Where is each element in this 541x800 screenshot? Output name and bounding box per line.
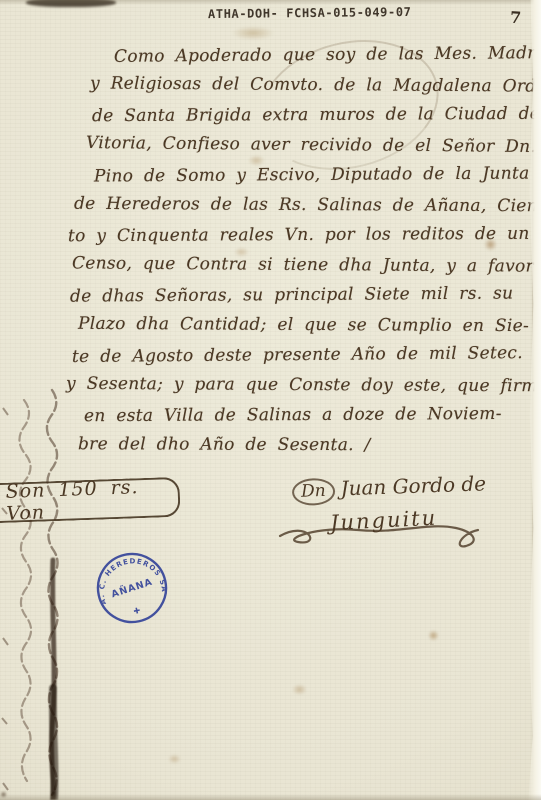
signature-block: DnJuan Gordo de Junguitu <box>292 474 527 530</box>
manuscript-page: ATHA-DOH- FCHSA-015-049-07 7 Como Apoder… <box>0 0 541 800</box>
manuscript-line: Pino de Somo y Escivo, Diputado de la Ju… <box>94 158 534 191</box>
signature-flourish <box>278 512 508 552</box>
manuscript-line: en esta Villa de Salinas a doze de Novie… <box>84 399 534 431</box>
stamp-cross-icon: ✚ <box>133 606 142 616</box>
stain <box>168 754 181 764</box>
archive-reference: ATHA-DOH- FCHSA-015-049-07 <box>208 5 412 21</box>
stain <box>428 630 439 641</box>
manuscript-lines: Como Apoderado que soy de las Mes. Madre… <box>64 40 534 460</box>
stamp-ring-text: A. C. HEREDEROS SALINAS <box>85 541 169 609</box>
stain <box>484 238 497 251</box>
heirs-archive-stamp: A. C. HEREDEROS SALINAS AÑANA ✚ <box>85 541 180 636</box>
signature-title: Dn <box>292 478 336 506</box>
manuscript-line: de Herederos de las Rs. Salinas de Añana… <box>74 189 534 221</box>
signature-name: Juan Gordo de <box>340 471 486 500</box>
stain <box>232 26 274 40</box>
folio-number: 7 <box>509 8 521 28</box>
manuscript-line: Censo, que Contra si tiene dha Junta, y … <box>72 248 534 281</box>
stain <box>234 247 249 257</box>
manuscript-line: de Santa Brigida extra muros de la Ciuda… <box>92 99 534 131</box>
manuscript-line: de dhas Señoras, su principal Siete mil … <box>70 278 534 311</box>
manuscript-line: bre del dho Año de Sesenta. / <box>78 429 534 461</box>
manuscript-line: to y Cinquenta reales Vn. por los redito… <box>68 219 534 251</box>
signature-line1: DnJuan Gordo de <box>292 470 528 506</box>
stain <box>292 684 307 695</box>
top-edge-shadow <box>0 0 541 5</box>
manuscript-line: y Sesenta; y para que Conste doy este, q… <box>66 369 534 401</box>
manuscript-line: Plazo dha Cantidad; el que se Cumplio en… <box>78 309 534 341</box>
manuscript-line: Vitoria, Confieso aver recivido de el Se… <box>86 128 534 162</box>
stamp-center-text: AÑANA <box>110 577 154 601</box>
manuscript-line: y Religiosas del Comvto. de la Magdalena… <box>90 68 534 101</box>
bottom-edge-shadow <box>0 794 541 800</box>
stain <box>248 155 265 166</box>
manuscript-line: Como Apoderado que soy de las Mes. Madre… <box>114 38 534 72</box>
svg-text:A. C. HEREDEROS SALINAS: A. C. HEREDEROS SALINAS <box>85 541 169 609</box>
manuscript-line: te de Agosto deste presente Año de mil S… <box>72 338 534 372</box>
ink-smear <box>0 388 82 800</box>
